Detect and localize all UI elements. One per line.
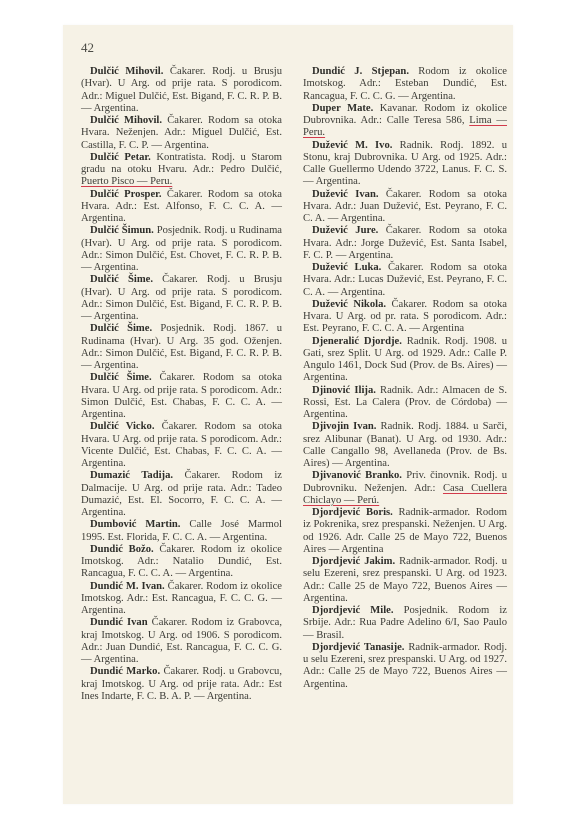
directory-entry: Dužević Nikola. Čakarer. Rodom sa otoka … <box>303 299 507 336</box>
directory-entry: Dulčić Šime. Posjednik. Rodj. 1867. u Ru… <box>81 323 282 372</box>
entry-name: Dulčić Vicko. <box>90 421 154 432</box>
directory-entry: Dumbović Martin. Calle José Marmol 1995.… <box>81 519 282 544</box>
underlined-annotation: Puerto Pisco — Peru. <box>81 176 172 187</box>
entry-name: Dužević Jure. <box>312 225 378 236</box>
entry-name: Duper Mate. <box>312 103 373 114</box>
entry-name: Djordjević Tanasije. <box>312 642 404 653</box>
directory-entry: Dundić Marko. Čakarer. Rodj. u Grabovcu,… <box>81 666 282 703</box>
entry-name: Dundić Božo. <box>90 544 154 555</box>
directory-entry: Dumazić Tadija. Čakarer. Rodom iz Dalmac… <box>81 470 282 519</box>
entry-name: Dužević Luka. <box>312 262 381 273</box>
directory-entry: Dužević Ivan. Čakarer. Rodom sa otoka Hv… <box>303 189 507 226</box>
directory-entry: Dundić Božo. Čakarer. Rodom iz okolice I… <box>81 544 282 581</box>
entry-name: Dužević Nikola. <box>312 299 386 310</box>
entry-name: Djivojin Ivan. <box>312 421 376 432</box>
entry-name: Djinović Ilija. <box>312 385 376 396</box>
directory-entry: Dužević Luka. Čakarer. Rodom sa otoka Hv… <box>303 262 507 299</box>
entry-name: Dulčić Petar. <box>90 152 151 163</box>
entry-name: Dulčić Šimun. <box>90 225 154 236</box>
entry-name: Dulčić Prosper. <box>90 189 162 200</box>
entry-name: Djivanović Branko. <box>312 470 402 481</box>
entry-name: Dužević Ivan. <box>312 189 378 200</box>
entry-name: Dulčić Šime. <box>90 274 153 285</box>
entry-name: Dulčić Mihovil. <box>90 115 162 126</box>
directory-entry: Dundić Ivan Čakarer. Rodom iz Grabovca, … <box>81 617 282 666</box>
right-column: Dundić J. Stjepan. Rodom iz okolice Imot… <box>303 66 507 691</box>
entry-name: Djordjević Jakim. <box>312 556 395 567</box>
entry-name: Dundić Marko. <box>90 666 160 677</box>
directory-entry: Dulčić Šime. Čakarer. Rodj. u Brusju (Hv… <box>81 274 282 323</box>
directory-entry: Dulčić Prosper. Čakarer. Rodom sa otoka … <box>81 189 282 226</box>
entry-name: Dundić J. Stjepan. <box>312 66 409 77</box>
directory-entry: Djivojin Ivan. Radnik. Rodj. 1884. u Sar… <box>303 421 507 470</box>
directory-entry: Djinović Ilija. Radnik. Adr.: Almacen de… <box>303 385 507 422</box>
directory-entry: Dužević Jure. Čakarer. Rodom sa otoka Hv… <box>303 225 507 262</box>
scanned-page: 42 Dulčić Mihovil. Čakarer. Rodj. u Brus… <box>63 25 513 804</box>
directory-entry: Duper Mate. Kavanar. Rodom iz okolice Du… <box>303 103 507 140</box>
entry-name: Dumazić Tadija. <box>90 470 173 481</box>
page-number: 42 <box>81 40 94 56</box>
directory-entry: Dulčić Petar. Kontratista. Rodj. u Staro… <box>81 152 282 189</box>
directory-entry: Dulčić Šime. Čakarer. Rodom sa otoka Hva… <box>81 372 282 421</box>
directory-entry: Dužević M. Ivo. Radnik. Rodj. 1892. u St… <box>303 140 507 189</box>
entry-name: Dulčić Šime. <box>90 372 152 383</box>
entry-name: Dundić Ivan <box>90 617 148 628</box>
directory-entry: Dulčić Mihovil. Čakarer. Rodj. u Brusju … <box>81 66 282 115</box>
directory-entry: Djordjević Tanasije. Radnik-armador. Rod… <box>303 642 507 691</box>
directory-entry: Djordjević Boris. Radnik-armador. Rodom … <box>303 507 507 556</box>
directory-entry: Dulčić Vicko. Čakarer. Rodom sa otoka Hv… <box>81 421 282 470</box>
directory-entry: Dulčić Šimun. Posjednik. Rodj. u Rudinam… <box>81 225 282 274</box>
entry-name: Dulčić Mihovil. <box>90 66 163 77</box>
directory-entry: Dulčić Mihovil. Čakarer. Rodom sa otoka … <box>81 115 282 152</box>
entry-name: Dužević M. Ivo. <box>312 140 392 151</box>
entry-name: Djordjević Mile. <box>312 605 394 616</box>
entry-name: Dundić M. Ivan. <box>90 581 165 592</box>
directory-entry: Djordjević Mile. Posjednik. Rodom iz Srb… <box>303 605 507 642</box>
directory-entry: Djordjević Jakim. Radnik-armador. Rodj. … <box>303 556 507 605</box>
directory-entry: Djivanović Branko. Priv. činovnik. Rodj.… <box>303 470 507 507</box>
left-column: Dulčić Mihovil. Čakarer. Rodj. u Brusju … <box>81 66 282 703</box>
entry-name: Djordjević Boris. <box>312 507 393 518</box>
entry-name: Dumbović Martin. <box>90 519 180 530</box>
entry-name: Dulčić Šime. <box>90 323 152 334</box>
entry-name: Djeneralić Djordje. <box>312 336 402 347</box>
directory-entry: Dundić J. Stjepan. Rodom iz okolice Imot… <box>303 66 507 103</box>
directory-entry: Dundić M. Ivan. Čakarer. Rodom iz okolic… <box>81 581 282 618</box>
directory-entry: Djeneralić Djordje. Radnik. Rodj. 1908. … <box>303 336 507 385</box>
